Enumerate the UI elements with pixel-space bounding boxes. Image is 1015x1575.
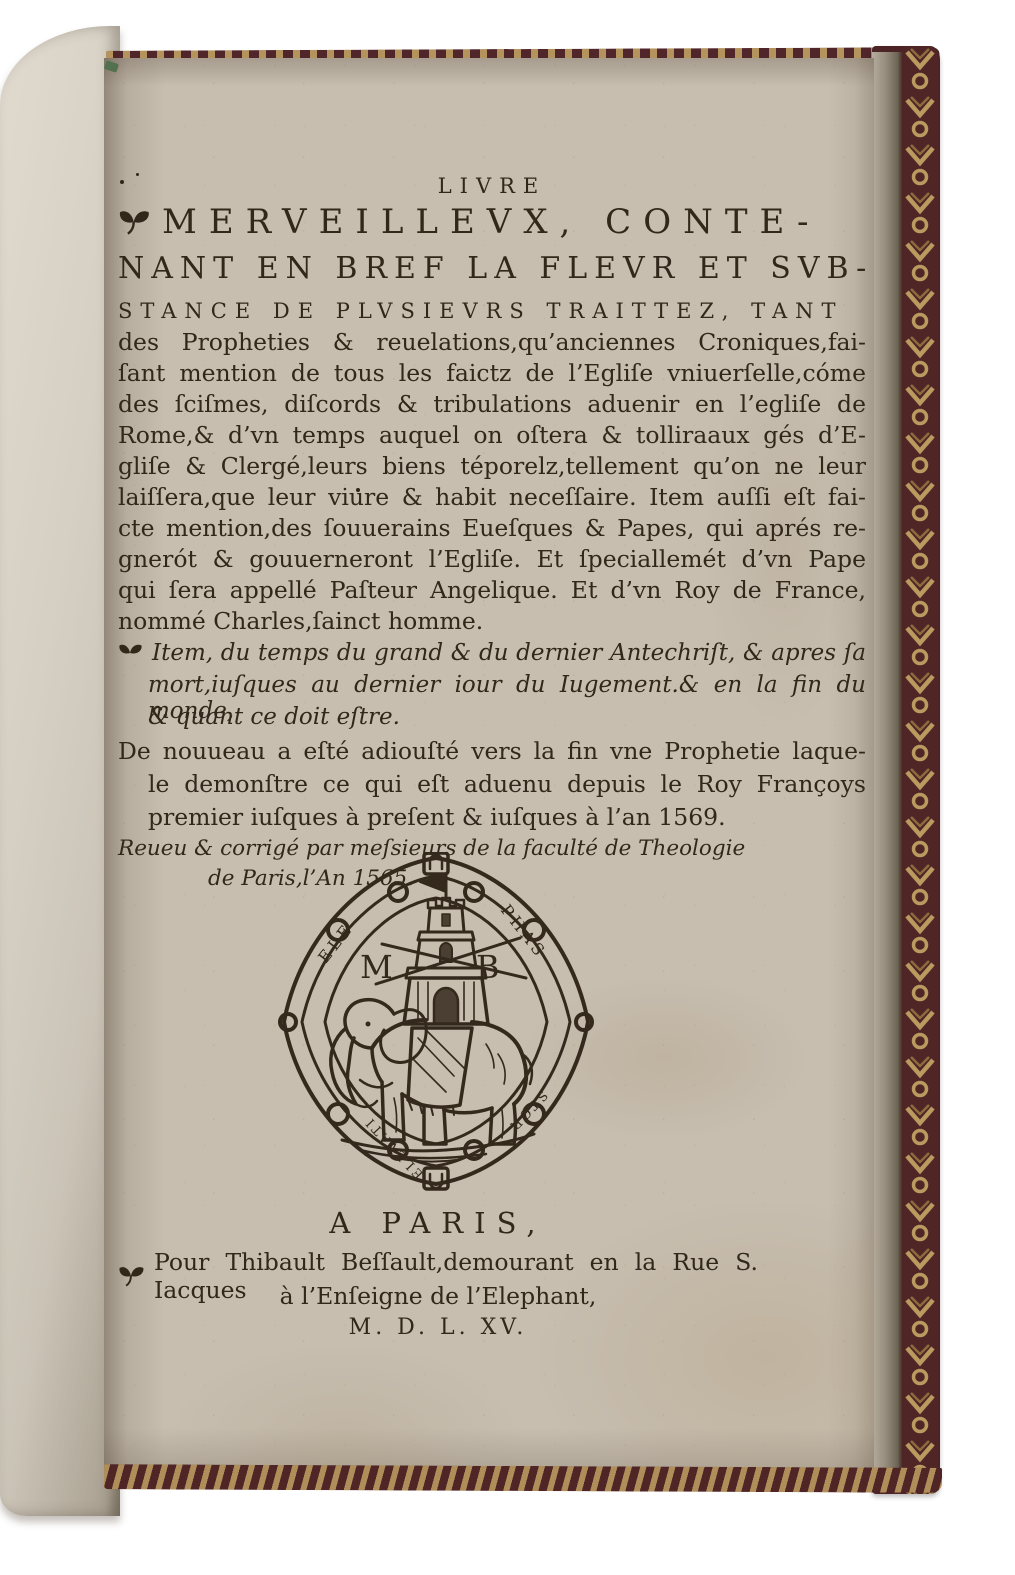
tower-icon [376, 874, 526, 1024]
body-line: des Propheties & reuelations,qu’ancienne… [118, 328, 866, 356]
imprint-sign-line: à l’Enſeigne de l’Elephant, [118, 1282, 758, 1310]
body-line: gliſe & Clergé,leurs biens téporelz,tell… [118, 452, 866, 480]
title-text: MERVEILLEVX, CONTE- [162, 202, 820, 242]
title-line-1: MERVEILLEVX, CONTE- [118, 202, 866, 242]
page-fore-edge [872, 52, 902, 1488]
title-line-3: STANCE DE PLVSIEVRS TRAITTEZ, TANT [118, 299, 866, 323]
body-line: qui ſera appellé Paſteur Angelique. Et d… [118, 576, 866, 604]
printer-device: ELE PHAS ELEVATI STOR M B [276, 852, 596, 1192]
binding-bottom-edge [104, 1464, 942, 1493]
body-line: gnerót & gouuerneront l’Egliſe. Et ſpeci… [118, 545, 866, 573]
imprint-place: A PARIS, [118, 1206, 758, 1240]
body-line: des ſciſmes, diſcords & tribulations adu… [118, 390, 866, 418]
addendum-line: premier iuſques à preſent & iuſques à l’… [118, 803, 866, 831]
series-word: LIVRE [118, 174, 866, 198]
aldine-leaf-icon [118, 209, 152, 235]
body-line: Rome,& d’vn temps auquel on oſtera & tol… [118, 421, 866, 449]
item-line: Item, du temps du grand & du dernier Ant… [118, 640, 866, 666]
imprint-date: M. D. L. XV. [118, 1315, 758, 1340]
flyleaf-page [0, 26, 120, 1516]
title-line-2: NANT EN BREF LA FLEVR ET SVB- [118, 251, 866, 286]
item-text: Item, du temps du grand & du dernier Ant… [152, 640, 866, 666]
body-line: ſant mention de tous les faictz de l’Egl… [118, 359, 866, 387]
addendum-line: De nouueau a eſté adiouſté vers la fin v… [118, 737, 866, 765]
aldine-leaf-icon [118, 643, 144, 663]
body-line: cte mention,des ſouuerains Eueſques & Pa… [118, 514, 866, 542]
gilt-tooling-border [902, 46, 938, 1494]
addendum-line: le demonſtre ce qui eſt aduenu depuis le… [118, 770, 866, 798]
body-line: laiſſera,que leur viure & habit neceſſai… [118, 483, 866, 511]
book-photo: LIVRE MERVEILLEVX, CONTE- NANT EN BREF L… [0, 0, 1015, 1575]
item-line: & quant ce doit eſtre. [118, 704, 866, 730]
binding-right-cover [872, 46, 940, 1494]
body-line: nommé Charles,ſainct homme. [118, 607, 866, 635]
